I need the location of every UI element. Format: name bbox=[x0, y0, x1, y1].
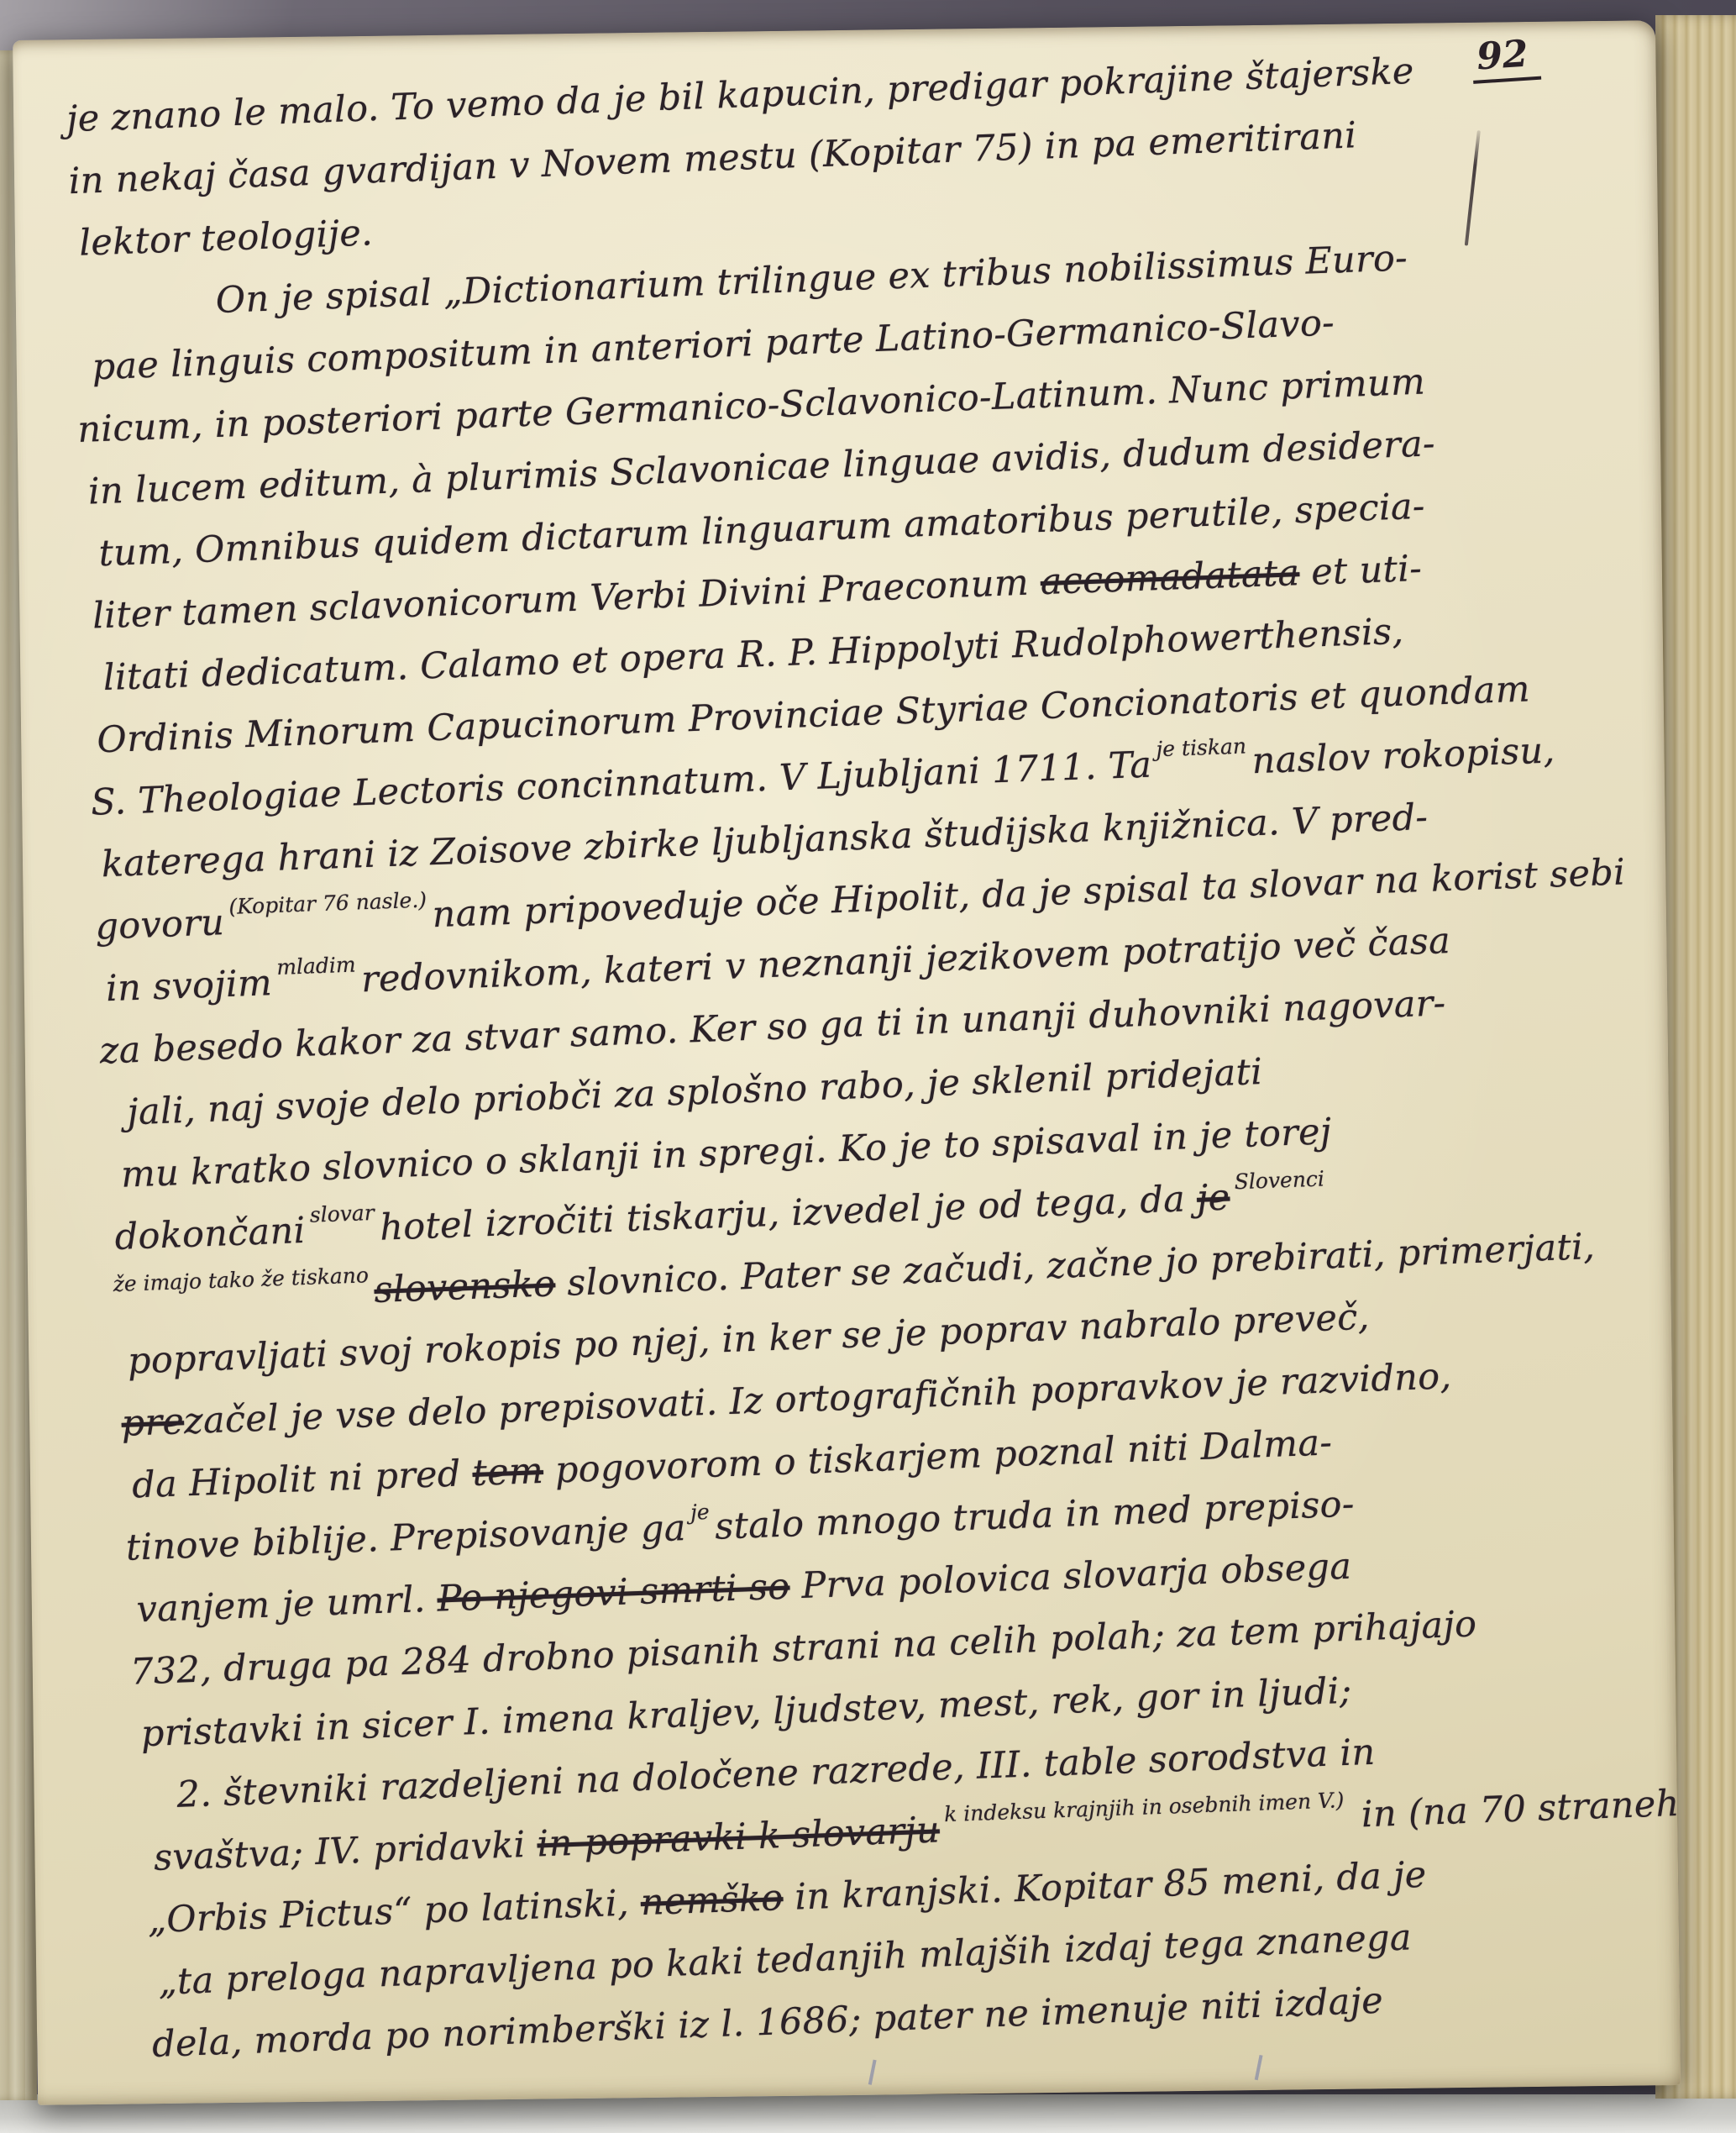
handwritten-text: in svojim bbox=[105, 962, 273, 1010]
struck-text: in popravki k slovarju bbox=[537, 1809, 941, 1865]
pencil-tick-mark bbox=[868, 2060, 877, 2085]
interlinear-insertion: mladim bbox=[276, 954, 356, 978]
interlinear-insertion: je bbox=[690, 1501, 710, 1523]
handwritten-text: „Orbis Pictus“ po latinski, bbox=[147, 1882, 642, 1941]
interlinear-insertion: je tiskan bbox=[1156, 735, 1246, 759]
handwritten-text: in (na 70 straneh bbox=[1349, 1783, 1680, 1836]
struck-text: je bbox=[1196, 1177, 1230, 1220]
handwritten-text: vanjem je umrl. bbox=[136, 1579, 438, 1631]
handwritten-text: tinove biblije. Prepisovanje ga bbox=[125, 1507, 687, 1569]
interlinear-insertion: (Kopitar 76 nasle.) bbox=[228, 890, 427, 917]
handwritten-text: et uti- bbox=[1298, 548, 1422, 594]
struck-text: slovensko bbox=[374, 1263, 557, 1311]
struck-text: tem bbox=[472, 1450, 544, 1495]
handwritten-text: dokončani bbox=[114, 1210, 307, 1258]
manuscript-page: 92 je znano le malo. To vemo da je bil k… bbox=[13, 20, 1681, 2105]
pencil-tick-mark bbox=[1255, 2055, 1263, 2080]
struck-text: accomadatata bbox=[1040, 552, 1300, 603]
interlinear-insertion: že imajo tako že tiskano bbox=[113, 1264, 369, 1295]
struck-text: pre bbox=[121, 1400, 185, 1445]
manuscript-text: je znano le malo. To vemo da je bil kapu… bbox=[66, 32, 1705, 2076]
handwritten-text: govoru bbox=[95, 901, 225, 948]
handwritten-text: da Hipolit ni pred bbox=[131, 1453, 473, 1506]
struck-text: Po njegovi smrti so bbox=[437, 1566, 791, 1621]
handwritten-text: Prva polovica slovarja obsega bbox=[789, 1546, 1353, 1608]
handwritten-text: svaštva; IV. pridavki bbox=[153, 1824, 538, 1879]
interlinear-insertion: slovar bbox=[309, 1202, 375, 1226]
handwritten-text: lektor teologije. bbox=[78, 212, 373, 264]
interlinear-insertion: Slovenci bbox=[1234, 1168, 1324, 1192]
handwritten-text: naslov rokopisu, bbox=[1251, 729, 1555, 782]
struck-text: nemško bbox=[640, 1877, 784, 1924]
manuscript-photo: 92 je znano le malo. To vemo da je bil k… bbox=[0, 0, 1736, 2133]
